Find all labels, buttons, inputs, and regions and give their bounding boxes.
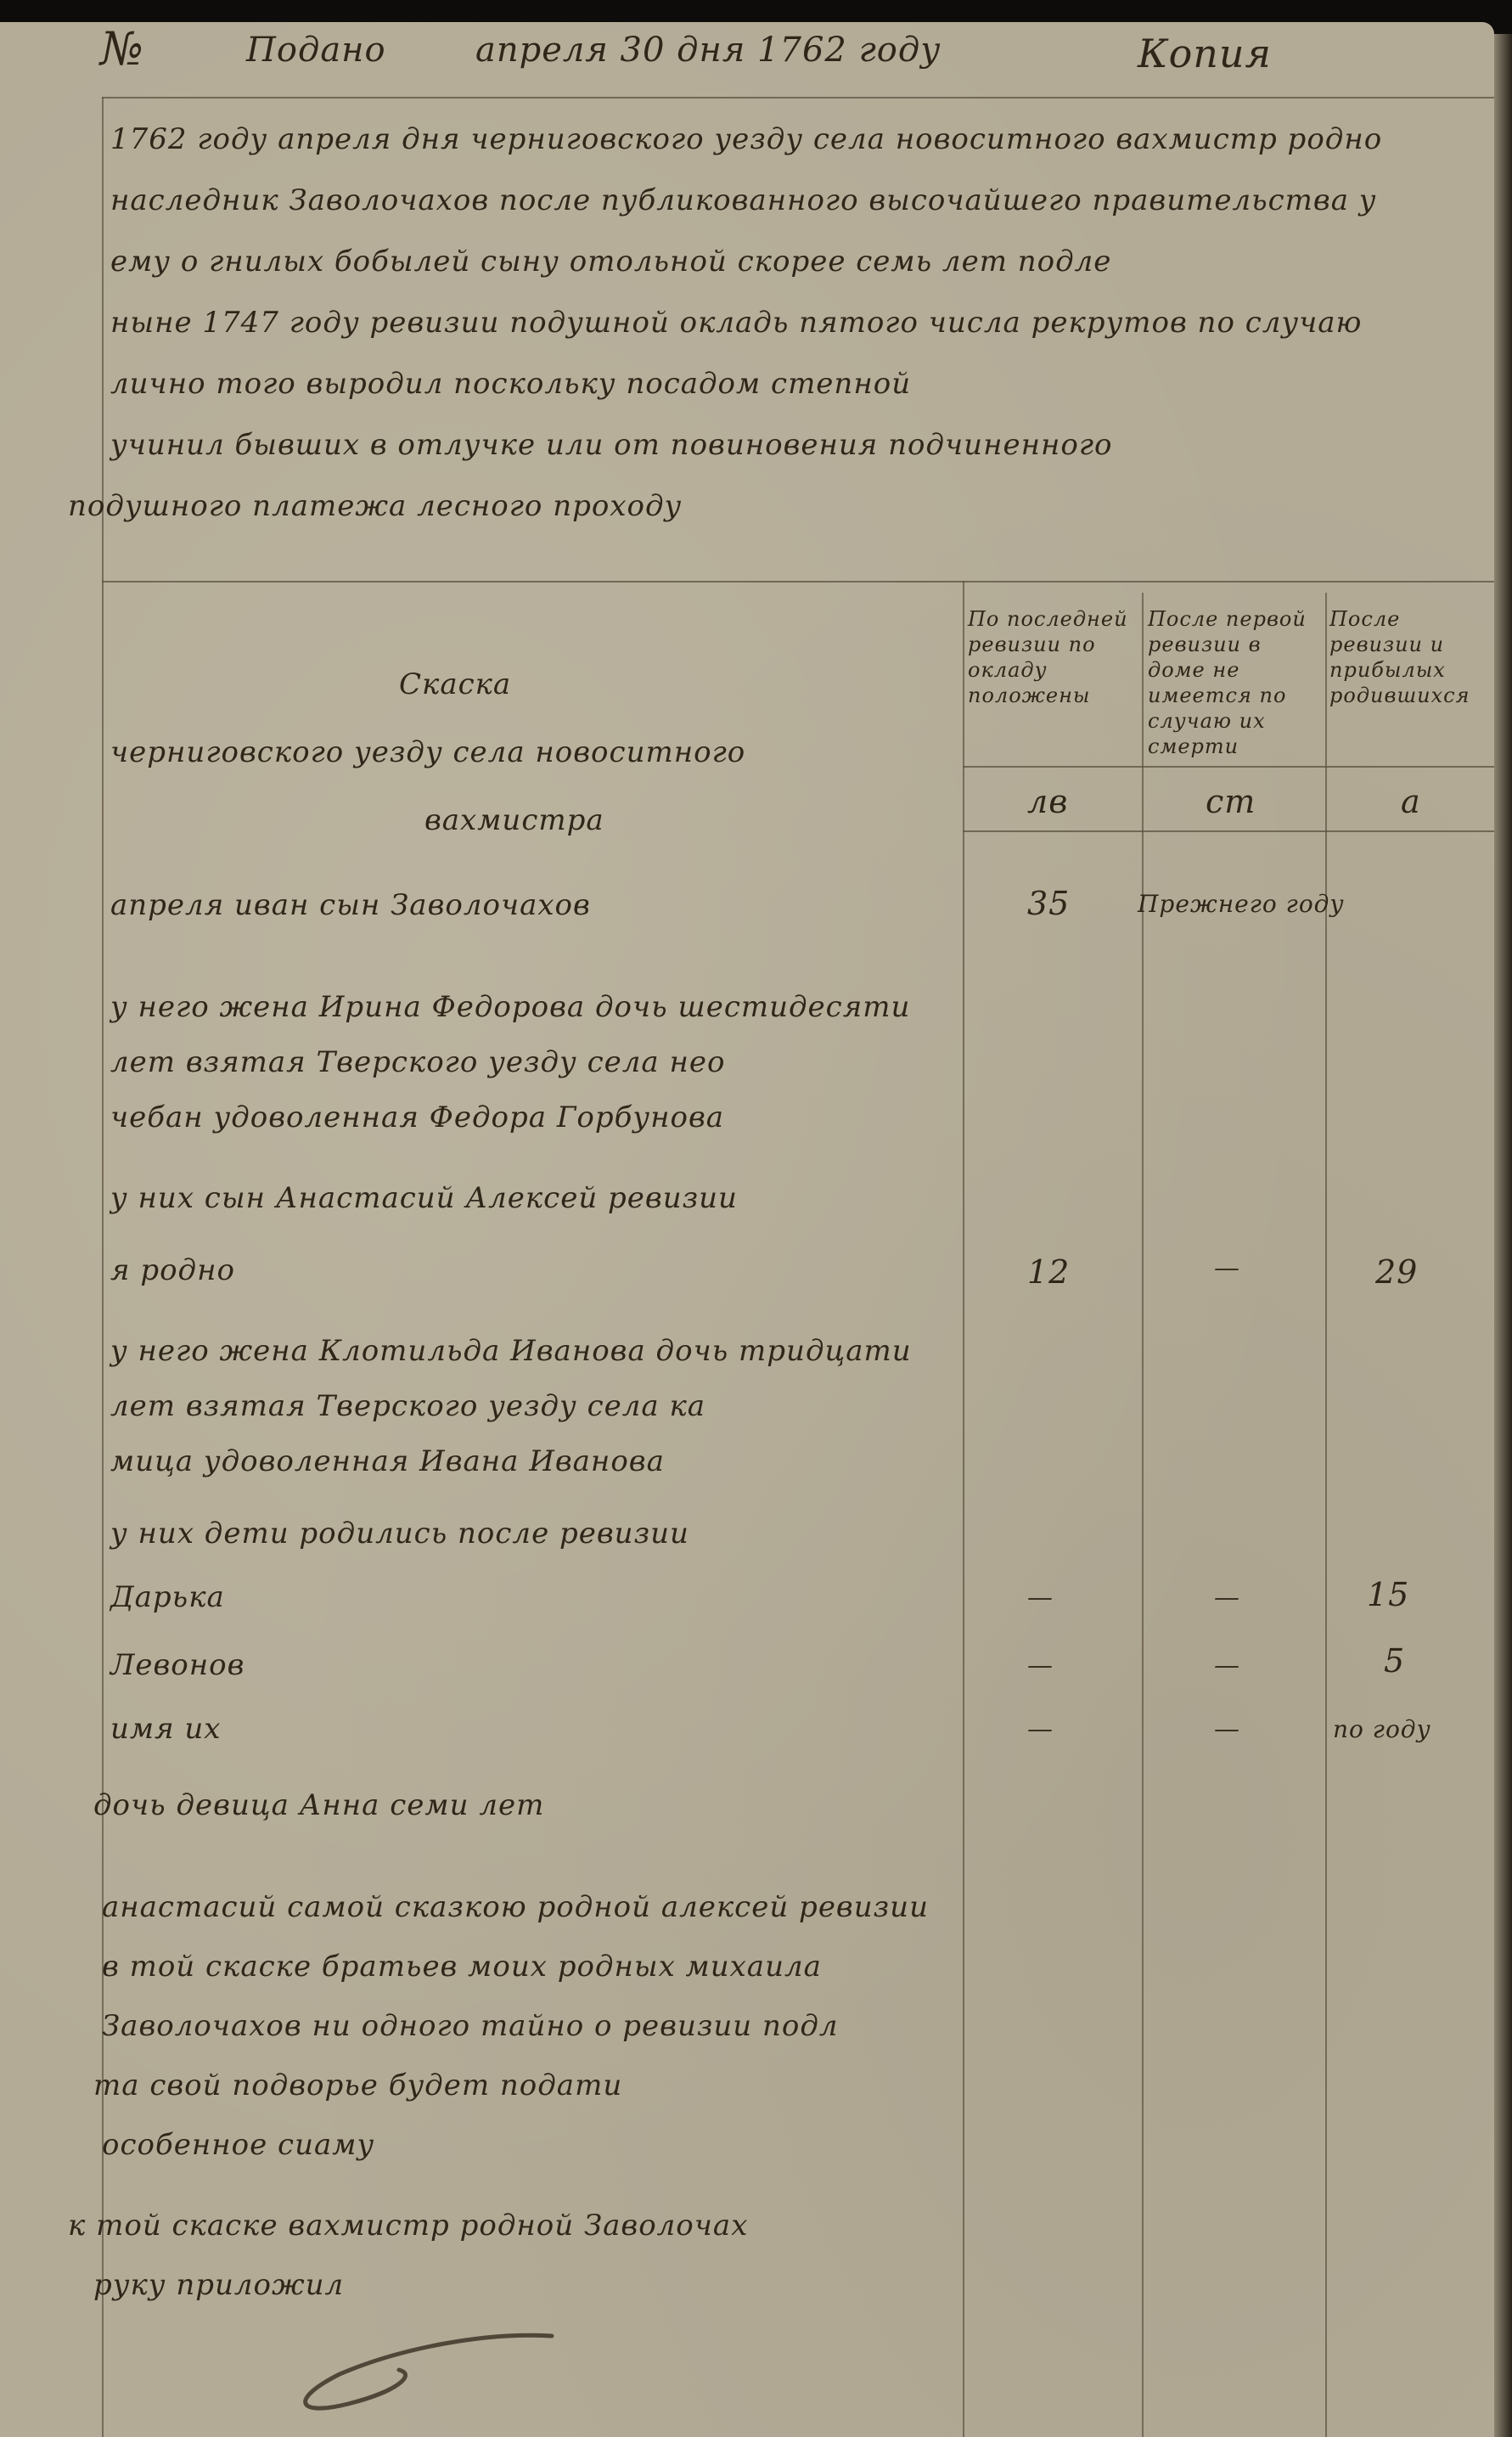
book-binding-edge	[1494, 34, 1512, 2437]
preamble-line: лично того выродил поскольку посадом сте…	[110, 367, 911, 401]
signature-flourish-icon	[272, 2315, 577, 2417]
row-text: лет взятая Тверского уезду села нео	[110, 1045, 725, 1079]
column-rule-2	[1142, 593, 1144, 2437]
row-col1-value: —	[1027, 1583, 1054, 1612]
column-marker-1: лв	[1027, 783, 1068, 820]
page-number-mark: №	[100, 22, 144, 76]
row-text: чебан удоволенная Федора Горбунова	[110, 1100, 724, 1134]
preamble-line: 1762 году апреля дня черниговского уезду…	[110, 122, 1382, 156]
column-header-1: По последней ревизии по окладу положены	[968, 606, 1138, 708]
closing-line: особенное сиаму	[102, 2128, 374, 2162]
manuscript-page: № Подано апреля 30 дня 1762 году Копия 1…	[0, 22, 1494, 2437]
row-col1-value: —	[1027, 1651, 1054, 1680]
column-marker-3: а	[1401, 783, 1421, 820]
closing-line: в той скаске братьев моих родных михаила	[102, 1950, 822, 1984]
column-header-2: После первой ревизии в доме не имеется п…	[1148, 606, 1321, 759]
table-top-rule	[102, 581, 1494, 583]
row-col3-value: 29	[1375, 1253, 1418, 1291]
row-col2-value: —	[1214, 1714, 1240, 1744]
row-text: я родно	[110, 1253, 235, 1287]
column-header-3: После ревизии и прибылых родившихся	[1329, 606, 1491, 708]
closing-line: та свой подворье будет подати	[93, 2068, 622, 2102]
closing-line: дочь девица Анна семи лет	[93, 1788, 544, 1822]
row-col2-value: —	[1214, 1253, 1240, 1283]
signature-line: руку приложил	[93, 2268, 344, 2302]
row-text: имя их	[110, 1712, 221, 1746]
table-title-line: черниговского уезду села новоситного	[110, 735, 745, 769]
preamble-line: ему о гнилых бобылей сыну отольной скоре…	[110, 245, 1111, 279]
row-text: у него жена Ирина Федорова дочь шестидес…	[110, 990, 910, 1024]
column-rule-1	[963, 581, 964, 2437]
row-text: апреля иван сын Заволочахов	[110, 888, 591, 922]
table-title-line: вахмистра	[424, 803, 604, 837]
preamble-line: ныне 1747 году ревизии подушной окладь п…	[110, 306, 1363, 340]
row-col1-value: 12	[1027, 1253, 1070, 1291]
column-rule-3	[1325, 593, 1327, 2437]
closing-line: Заволочахов ни одного тайно о ревизии по…	[102, 2009, 839, 2043]
preamble-line: подушного платежа лесного проходу	[68, 489, 682, 523]
row-text: у них дети родились после ревизии	[110, 1517, 689, 1551]
submitted-label: Подано	[246, 31, 386, 70]
row-col2-value: —	[1214, 1583, 1240, 1612]
top-rule	[102, 97, 1494, 98]
copy-label: Копия	[1138, 31, 1272, 76]
row-text: Левонов	[110, 1648, 245, 1682]
row-col2-value: —	[1214, 1651, 1240, 1680]
row-text: Дарька	[110, 1580, 225, 1614]
closing-line: анастасий самой сказкою родной алексей р…	[102, 1890, 929, 1924]
column-marker-2: ст	[1206, 783, 1256, 820]
signature-line: к той скаске вахмистр родной Заволочах	[68, 2209, 748, 2243]
preamble-line: учинил бывших в отлучке или от повиновен…	[110, 428, 1113, 462]
row-text: лет взятая Тверского уезду села ка	[110, 1389, 705, 1423]
row-col1-value: 35	[1027, 885, 1070, 922]
row-col3-value: 5	[1384, 1642, 1405, 1680]
row-col3-value: 15	[1367, 1576, 1409, 1613]
row-col2-value: Прежнего году	[1138, 892, 1345, 917]
table-title-line: Скаска	[399, 667, 511, 701]
preamble-line: наследник Заволочахов после публикованно…	[110, 183, 1377, 217]
header-bottom-rule	[963, 766, 1494, 768]
header-date: апреля 30 дня 1762 году	[475, 31, 941, 70]
row-text: у них сын Анастасий Алексей ревизии	[110, 1181, 738, 1215]
row-text: у него жена Клотильда Иванова дочь тридц…	[110, 1334, 912, 1368]
row-col1-value: —	[1027, 1714, 1054, 1744]
marker-row-rule	[963, 830, 1494, 832]
row-col3-value: по году	[1333, 1717, 1431, 1742]
row-text: мица удоволенная Ивана Иванова	[110, 1444, 665, 1478]
